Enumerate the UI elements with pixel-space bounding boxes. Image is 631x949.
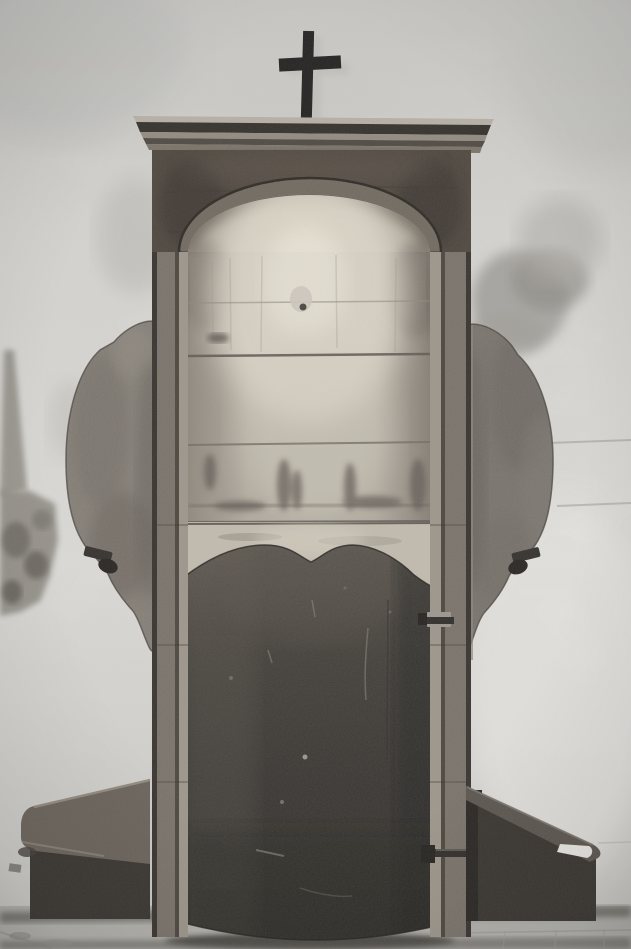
vignette-overlay <box>0 0 631 949</box>
photo-canvas <box>0 0 631 949</box>
confessional-photo <box>0 0 631 949</box>
